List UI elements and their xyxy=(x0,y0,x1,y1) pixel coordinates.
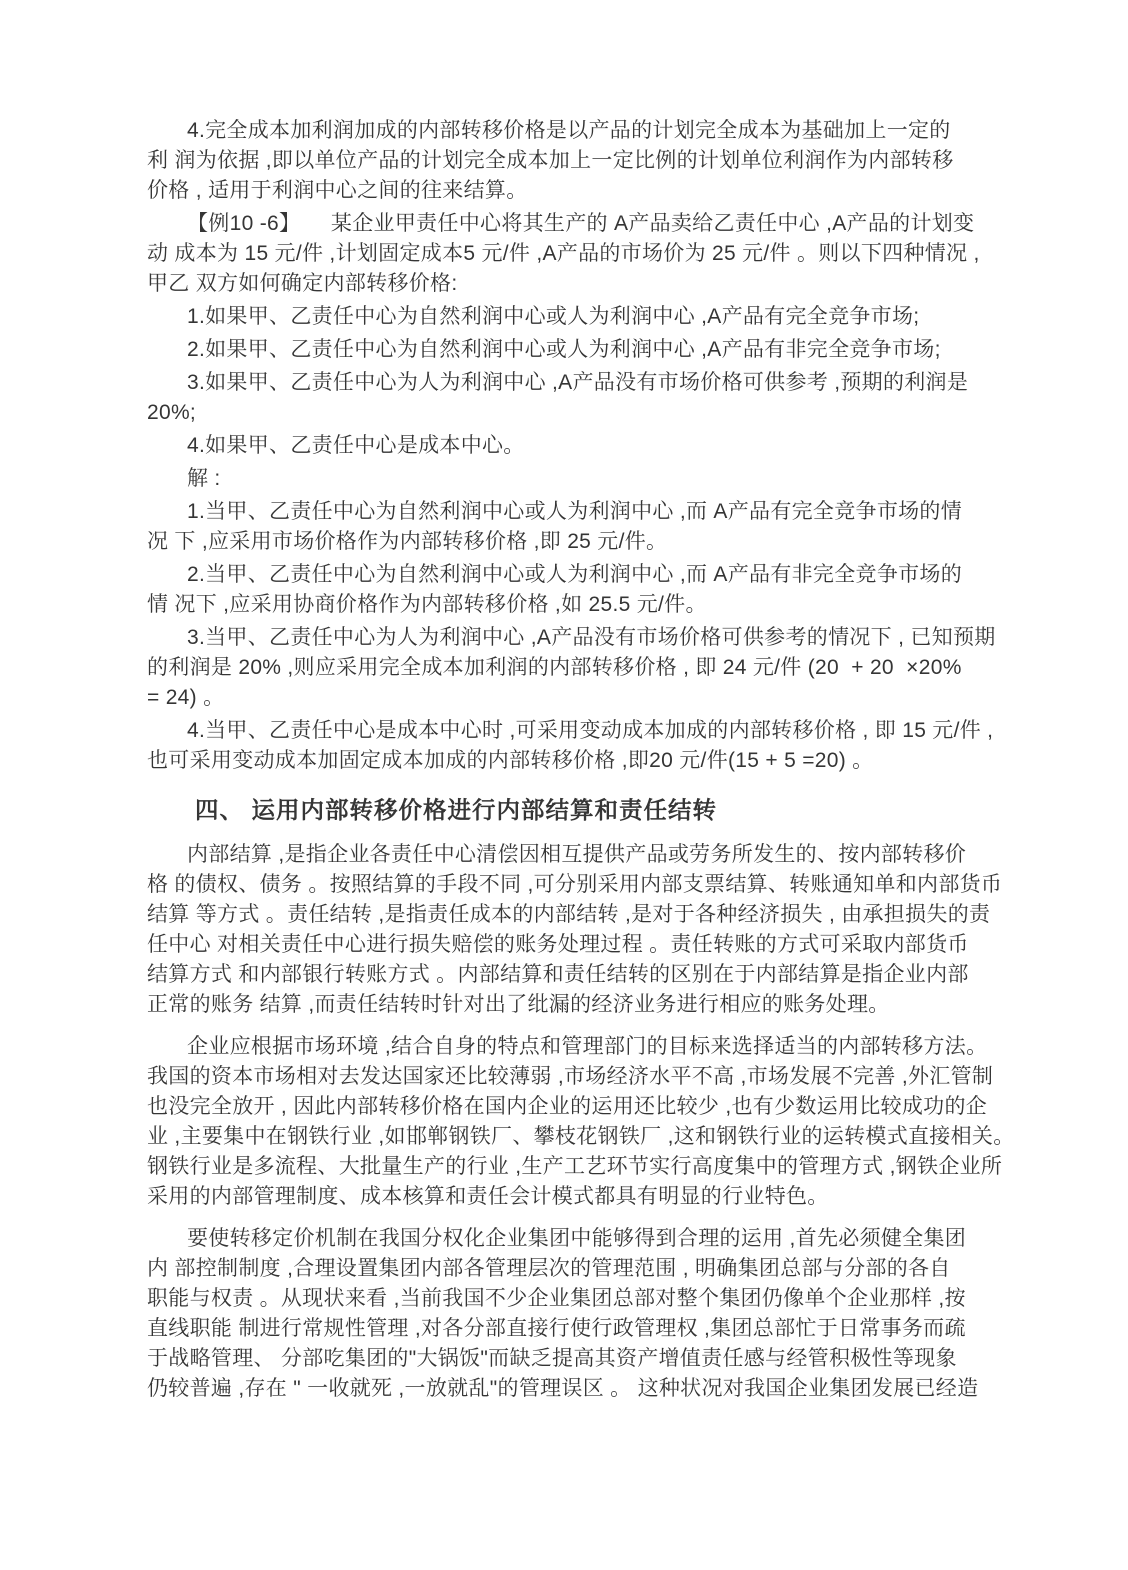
text-line: 利 润为依据 ,即以单位产品的计划完全成本加上一定比例的计划单位利润作为内部转移 xyxy=(147,146,1033,176)
text-line: 仍较普遍 ,存在 " 一收就死 ,一放就乱"的管理误区 。 这种状况对我国企业集… xyxy=(147,1374,1033,1404)
text-line: 格 的债权、债务 。按照结算的手段不同 ,可分别采用内部支票结算、转账通知单和内… xyxy=(147,870,1033,900)
paragraph: 4.如果甲、乙责任中心是成本中心。 xyxy=(147,431,1033,461)
text-line: 我国的资本市场相对去发达国家还比较薄弱 ,市场经济水平不高 ,市场发展不完善 ,… xyxy=(147,1062,1033,1092)
paragraph: 解 : xyxy=(147,464,1033,494)
text-line: 【例10 -6】 某企业甲责任中心将其生产的 A产品卖给乙责任中心 ,A产品的计… xyxy=(147,209,1033,239)
text-line: 价格 , 适用于利润中心之间的往来结算。 xyxy=(147,176,1033,206)
text-line: 4.如果甲、乙责任中心是成本中心。 xyxy=(147,431,1033,461)
section-heading: 四、 运用内部转移价格进行内部结算和责任结转 xyxy=(147,792,1033,828)
text-line: 也可采用变动成本加固定成本加成的内部转移价格 ,即20 元/件(15 + 5 =… xyxy=(147,746,1033,776)
text-line: 3.当甲、乙责任中心为人为利润中心 ,A产品没有市场价格可供参考的情况下 , 已… xyxy=(147,623,1033,653)
text-line: 1.当甲、乙责任中心为自然利润中心或人为利润中心 ,而 A产品有完全竞争市场的情 xyxy=(147,497,1033,527)
text-line: 要使转移定价机制在我国分权化企业集团中能够得到合理的运用 ,首先必须健全集团 xyxy=(147,1224,1033,1254)
text-line: 4.完全成本加利润加成的内部转移价格是以产品的计划完全成本为基础加上一定的 xyxy=(147,116,1033,146)
text-line: 内部结算 ,是指企业各责任中心清偿因相互提供产品或劳务所发生的、按内部转移价 xyxy=(147,840,1033,870)
paragraph: 【例10 -6】 某企业甲责任中心将其生产的 A产品卖给乙责任中心 ,A产品的计… xyxy=(147,209,1033,299)
paragraph: 企业应根据市场环境 ,结合自身的特点和管理部门的目标来选择适当的内部转移方法。我… xyxy=(147,1032,1033,1212)
text-line: 2.如果甲、乙责任中心为自然利润中心或人为利润中心 ,A产品有非完全竞争市场; xyxy=(147,335,1033,365)
paragraph: 3.如果甲、乙责任中心为人为利润中心 ,A产品没有市场价格可供参考 ,预期的利润… xyxy=(147,368,1033,428)
paragraph: 1.当甲、乙责任中心为自然利润中心或人为利润中心 ,而 A产品有完全竞争市场的情… xyxy=(147,497,1033,557)
text-line: 任中心 对相关责任中心进行损失赔偿的账务处理过程 。责任转账的方式可采取内部货币 xyxy=(147,930,1033,960)
text-line: 20%; xyxy=(147,398,1033,428)
text-line: 甲乙 双方如何确定内部转移价格: xyxy=(147,269,1033,299)
text-line: 钢铁行业是多流程、大批量生产的行业 ,生产工艺环节实行高度集中的管理方式 ,钢铁… xyxy=(147,1152,1033,1182)
text-line: 企业应根据市场环境 ,结合自身的特点和管理部门的目标来选择适当的内部转移方法。 xyxy=(147,1032,1033,1062)
paragraph: 4.当甲、乙责任中心是成本中心时 ,可采用变动成本加成的内部转移价格 , 即 1… xyxy=(147,716,1033,776)
text-line: 2.当甲、乙责任中心为自然利润中心或人为利润中心 ,而 A产品有非完全竞争市场的 xyxy=(147,560,1033,590)
paragraph: 4.完全成本加利润加成的内部转移价格是以产品的计划完全成本为基础加上一定的利 润… xyxy=(147,116,1033,206)
text-line: 直线职能 制进行常规性管理 ,对各分部直接行使行政管理权 ,集团总部忙于日常事务… xyxy=(147,1314,1033,1344)
text-line: 动 成本为 15 元/件 ,计划固定成本5 元/件 ,A产品的市场价为 25 元… xyxy=(147,239,1033,269)
paragraph: 1.如果甲、乙责任中心为自然利润中心或人为利润中心 ,A产品有完全竞争市场; xyxy=(147,302,1033,332)
text-line: 职能与权责 。从现状来看 ,当前我国不少企业集团总部对整个集团仍像单个企业那样 … xyxy=(147,1284,1033,1314)
text-line: 解 : xyxy=(147,464,1033,494)
text-line: = 24) 。 xyxy=(147,683,1033,713)
text-line: 结算方式 和内部银行转账方式 。内部结算和责任结转的区别在于内部结算是指企业内部 xyxy=(147,960,1033,990)
text-line: 采用的内部管理制度、成本核算和责任会计模式都具有明显的行业特色。 xyxy=(147,1182,1033,1212)
text-line: 的利润是 20% ,则应采用完全成本加利润的内部转移价格 , 即 24 元/件 … xyxy=(147,653,1033,683)
paragraph: 2.当甲、乙责任中心为自然利润中心或人为利润中心 ,而 A产品有非完全竞争市场的… xyxy=(147,560,1033,620)
text-line: 1.如果甲、乙责任中心为自然利润中心或人为利润中心 ,A产品有完全竞争市场; xyxy=(147,302,1033,332)
paragraph: 要使转移定价机制在我国分权化企业集团中能够得到合理的运用 ,首先必须健全集团内 … xyxy=(147,1224,1033,1404)
paragraph: 内部结算 ,是指企业各责任中心清偿因相互提供产品或劳务所发生的、按内部转移价格 … xyxy=(147,840,1033,1020)
document-page: 4.完全成本加利润加成的内部转移价格是以产品的计划完全成本为基础加上一定的利 润… xyxy=(0,0,1128,1570)
text-line: 3.如果甲、乙责任中心为人为利润中心 ,A产品没有市场价格可供参考 ,预期的利润… xyxy=(147,368,1033,398)
text-line: 4.当甲、乙责任中心是成本中心时 ,可采用变动成本加成的内部转移价格 , 即 1… xyxy=(147,716,1033,746)
text-line: 正常的账务 结算 ,而责任结转时针对出了纰漏的经济业务进行相应的账务处理。 xyxy=(147,990,1033,1020)
text-line: 况 下 ,应采用市场价格作为内部转移价格 ,即 25 元/件。 xyxy=(147,527,1033,557)
text-line: 情 况下 ,应采用协商价格作为内部转移价格 ,如 25.5 元/件。 xyxy=(147,590,1033,620)
paragraph: 3.当甲、乙责任中心为人为利润中心 ,A产品没有市场价格可供参考的情况下 , 已… xyxy=(147,623,1033,713)
text-line: 内 部控制制度 ,合理设置集团内部各管理层次的管理范围 , 明确集团总部与分部的… xyxy=(147,1254,1033,1284)
heading-text: 四、 运用内部转移价格进行内部结算和责任结转 xyxy=(147,792,1033,828)
text-line: 也没完全放开 , 因此内部转移价格在国内企业的运用还比较少 ,也有少数运用比较成… xyxy=(147,1092,1033,1122)
text-line: 业 ,主要集中在钢铁行业 ,如邯郸钢铁厂、攀枝花钢铁厂 ,这和钢铁行业的运转模式… xyxy=(147,1122,1033,1152)
paragraph: 2.如果甲、乙责任中心为自然利润中心或人为利润中心 ,A产品有非完全竞争市场; xyxy=(147,335,1033,365)
text-line: 结算 等方式 。责任结转 ,是指责任成本的内部结转 ,是对于各种经济损失 , 由… xyxy=(147,900,1033,930)
text-line: 于战略管理、 分部吃集团的"大锅饭"而缺乏提高其资产增值责任感与经管积极性等现象 xyxy=(147,1344,1033,1374)
